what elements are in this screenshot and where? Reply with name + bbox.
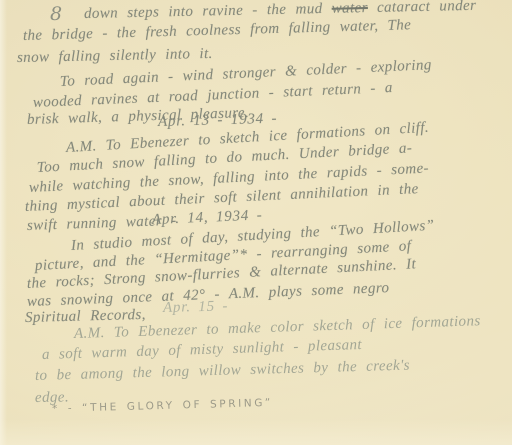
journal-text: down steps into ravine - the mud xyxy=(84,1,332,22)
entry-date-heading: Apr. 15 - xyxy=(163,299,229,316)
struck-word: water xyxy=(332,0,368,17)
journal-line: Spiritual Records, xyxy=(25,308,146,326)
journal-line: down steps into ravine - the mud water c… xyxy=(84,0,477,22)
footnote-line: * - “THE GLORY OF SPRING” xyxy=(52,397,273,415)
entry-date-heading: Apr. 14, 1934 - xyxy=(152,208,263,228)
journal-line: snow falling silently into it. xyxy=(17,47,213,66)
entry-date-heading: Apr. 13 - 1934 - xyxy=(158,112,278,130)
journal-page: 8 down steps into ravine - the mud water… xyxy=(0,0,512,445)
journal-line: the bridge - the fresh coolness from fal… xyxy=(23,18,412,44)
journal-text: cataract under xyxy=(368,0,477,16)
page-number: 8 xyxy=(50,3,62,25)
journal-line: to be among the long willow switches by … xyxy=(35,359,410,384)
